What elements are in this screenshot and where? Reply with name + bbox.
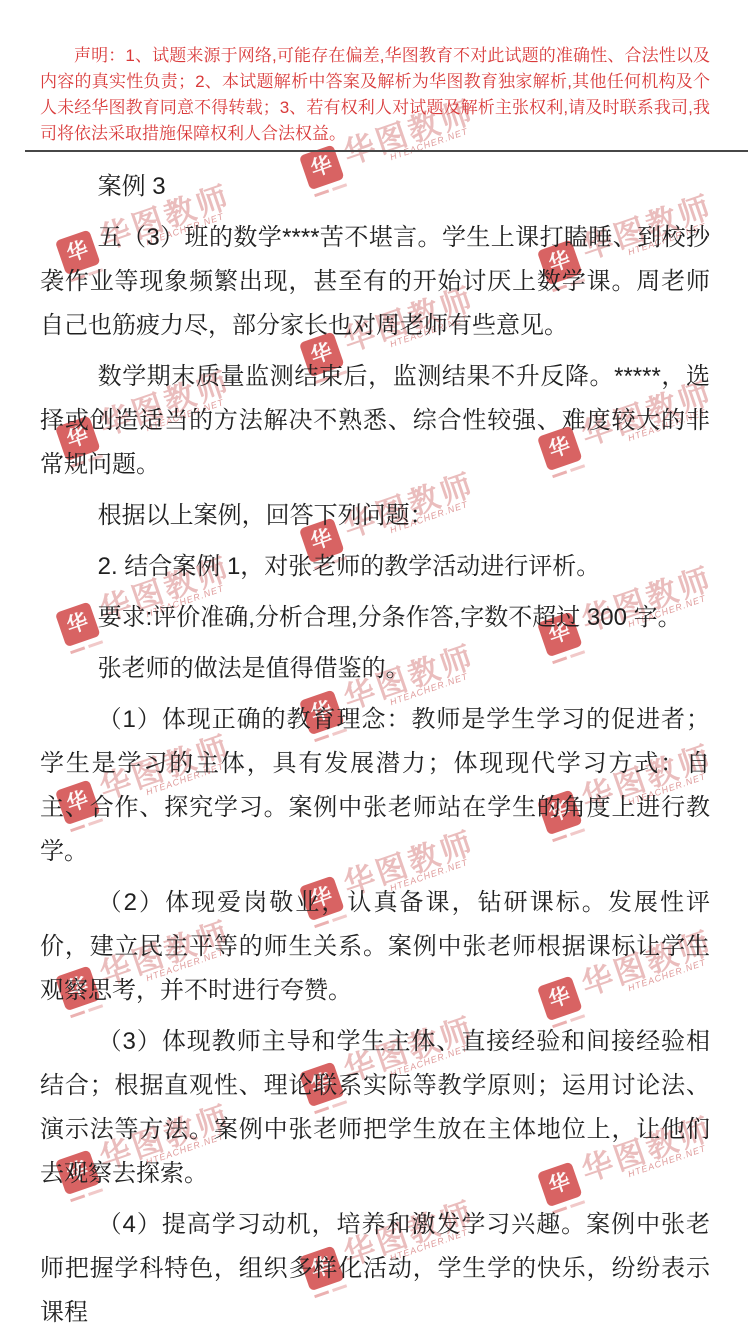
- paragraph: 案例 3: [40, 165, 710, 209]
- document-content: 声明：1、试题来源于网络,可能存在偏差,华图教育不对此试题的准确性、合法性以及内…: [0, 0, 748, 1335]
- paragraph: 张老师的做法是值得借鉴的。: [40, 647, 710, 691]
- document-page: 华华图教师HTEACHER.NET华华图教师HTEACHER.NET华华图教师H…: [0, 0, 748, 1335]
- document-body: 案例 3五（3）班的数学****苦不堪言。学生上课打瞌睡、到校抄袭作业等现象频繁…: [0, 152, 748, 1335]
- paragraph: （3）体现教师主导和学生主体、直接经验和间接经验相结合；根据直观性、理论联系实际…: [40, 1020, 710, 1196]
- paragraph: （4）提高学习动机，培养和激发学习兴趣。案例中张老师把握学科特色，组织多样化活动…: [40, 1203, 710, 1335]
- paragraph: 2. 结合案例 1，对张老师的教学活动进行评析。: [40, 545, 710, 589]
- paragraph: 要求:评价准确,分析合理,分条作答,字数不超过 300 字。: [40, 596, 710, 640]
- disclaimer-text: 声明：1、试题来源于网络,可能存在偏差,华图教育不对此试题的准确性、合法性以及内…: [0, 0, 748, 147]
- paragraph: （2）体现爱岗敬业，认真备课，钻研课标。发展性评价，建立民主平等的师生关系。案例…: [40, 881, 710, 1013]
- paragraph: 数学期末质量监测结束后，监测结果不升反降。*****，选择或创造适当的方法解决不…: [40, 355, 710, 487]
- paragraph: 根据以上案例，回答下列问题：: [40, 494, 710, 538]
- paragraph: （1）体现正确的教育理念：教师是学生学习的促进者；学生是学习的主体，具有发展潜力…: [40, 698, 710, 874]
- paragraph: 五（3）班的数学****苦不堪言。学生上课打瞌睡、到校抄袭作业等现象频繁出现，甚…: [40, 216, 710, 348]
